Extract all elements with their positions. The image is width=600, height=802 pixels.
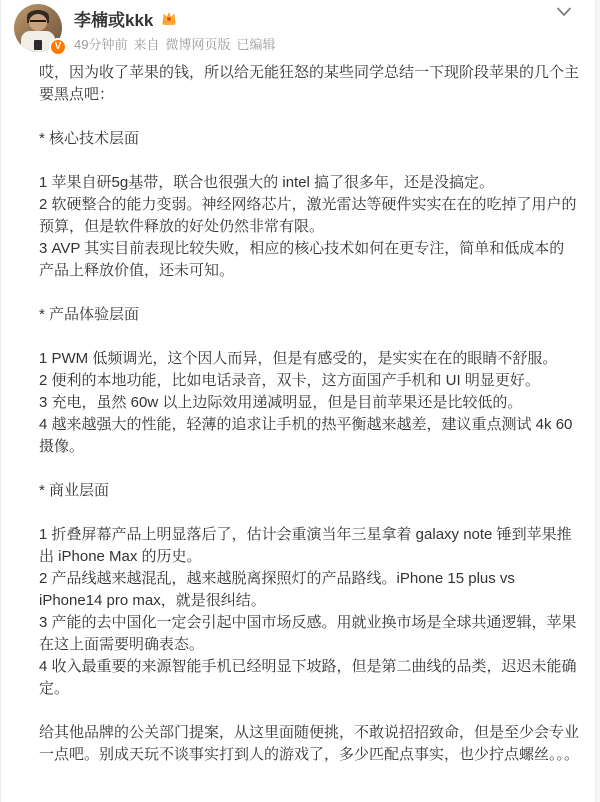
post-body-text: 哎，因为收了苹果的钱，所以给无能狂怒的某些同学总结一下现阶段苹果的几个主要黑点吧… (39, 62, 579, 766)
from-label: 来自 (133, 34, 159, 53)
source-link[interactable]: 微博网页版 (165, 34, 230, 53)
weibo-post-card: V 李楠或kkk 49分钟前 来自 微博网页版 已编辑 (0, 0, 596, 802)
edited-label: 已编辑 (237, 34, 276, 53)
chevron-down-icon[interactable] (556, 5, 572, 17)
avatar[interactable]: V (14, 4, 64, 54)
post-meta: 49分钟前 来自 微博网页版 已编辑 (74, 34, 276, 53)
crown-icon (160, 9, 178, 27)
timestamp[interactable]: 49分钟前 (74, 34, 127, 53)
username[interactable]: 李楠或kkk (74, 6, 153, 31)
user-block: 李楠或kkk 49分钟前 来自 微博网页版 已编辑 (74, 8, 276, 53)
verified-v-icon: V (49, 38, 67, 56)
avatar-phone-shape (34, 40, 42, 50)
post-header: V 李楠或kkk 49分钟前 来自 微博网页版 已编辑 (1, 0, 595, 56)
avatar-glasses-shape (30, 20, 46, 26)
name-row: 李楠或kkk (74, 8, 276, 28)
